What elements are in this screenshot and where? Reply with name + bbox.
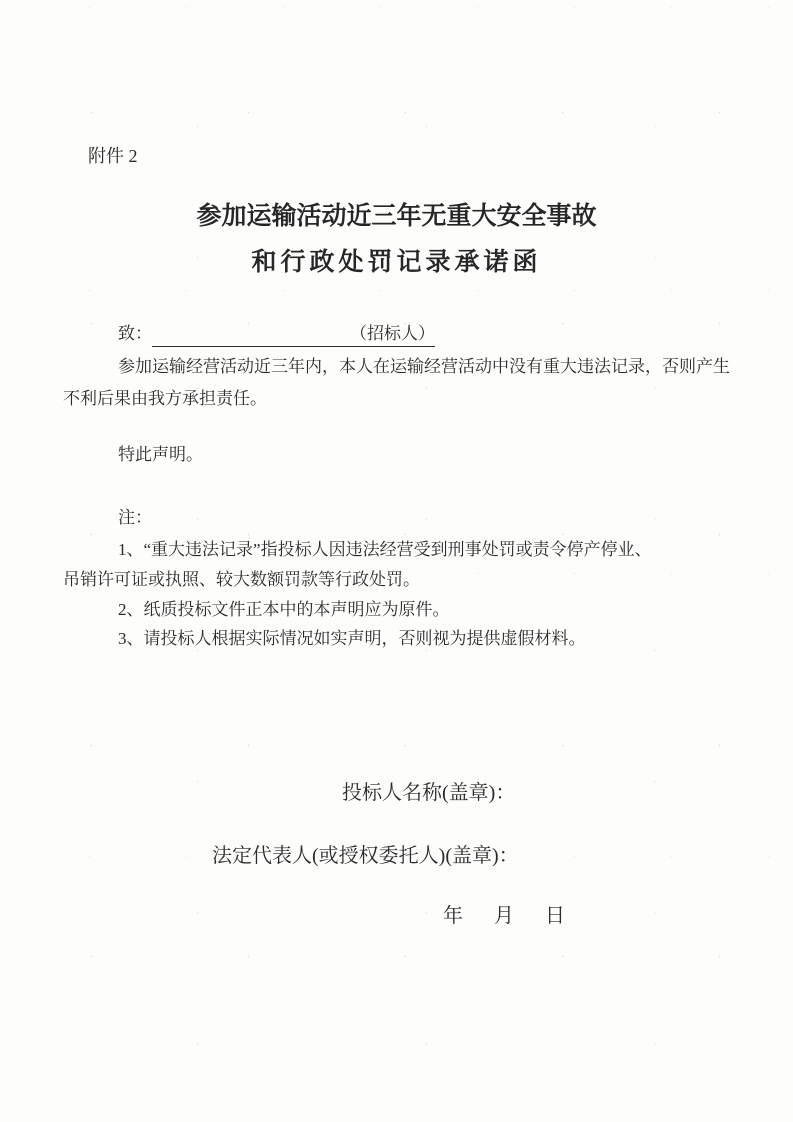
notes-label: 注： — [118, 508, 152, 528]
note-1-line1: 1、“重大违法记录”指投标人因违法经营受到刑事处罚或责令停产停业、 — [118, 540, 652, 560]
body-paragraph-line1: 参加运输经营活动近三年内，本人在运输经营活动中没有重大违法记录，否则产生 — [118, 357, 730, 377]
note-1-line2: 吊销许可证或执照、较大数额罚款等行政处罚。 — [63, 570, 420, 590]
legal-representative-seal-label: 法定代表人(或授权委托人)(盖章)： — [212, 845, 519, 868]
date-month-label: 月 — [494, 905, 514, 928]
attachment-label: 附件 2 — [88, 146, 138, 167]
document-title-line2: 和行政处罚记录承诺函 — [0, 249, 793, 278]
note-2: 2、纸质投标文件正本中的本声明应为原件。 — [118, 600, 450, 620]
bidder-name-seal-label: 投标人名称(盖章)： — [342, 782, 515, 805]
salutation-line: 致：（招标人） — [118, 324, 435, 347]
note-3: 3、请投标人根据实际情况如实声明，否则视为提供虚假材料。 — [118, 629, 586, 649]
date-line: 年 月 日 — [443, 905, 565, 928]
document-title-line1: 参加运输活动近三年无重大安全事故 — [0, 203, 793, 232]
declaration-statement: 特此声明。 — [118, 445, 203, 465]
body-paragraph-line2: 不利后果由我方承担责任。 — [63, 389, 267, 409]
salutation-suffix: （招标人） — [350, 324, 435, 343]
date-year-label: 年 — [443, 905, 463, 928]
salutation-prefix: 致： — [118, 324, 152, 343]
date-day-label: 日 — [545, 905, 565, 928]
scanned-document-page: 附件 2 参加运输活动近三年无重大安全事故 和行政处罚记录承诺函 致：（招标人）… — [0, 0, 793, 1122]
